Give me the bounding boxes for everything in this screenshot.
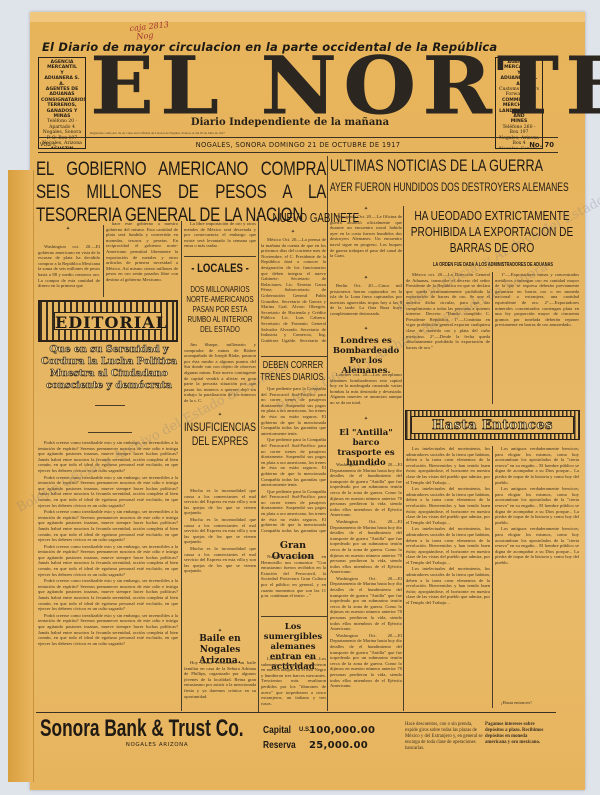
article-baile: Hoy tendrá verificativo un baile familia…	[184, 660, 256, 710]
deck-aduanas: LA ORDEN FUE DADA A LOS ADMINISTRADORES …	[405, 262, 580, 269]
divider-star: ✦	[184, 412, 256, 418]
article-petrogrado: Petrogrado Oct. 20.—La Oficina de guerra…	[330, 214, 402, 276]
closing-line: ¡Hasta entonces!	[495, 700, 579, 710]
divider-star: ✦	[330, 275, 402, 281]
bank-ad-location: NOGALES ARIZONA	[112, 742, 202, 748]
headline-millonarios: DOS MILLONARIOS NORTE-AMERICANOS PASAN P…	[183, 284, 257, 334]
divider	[261, 616, 327, 617]
article-antilla: Washington Oct. 20.—El Departamento de M…	[330, 462, 402, 710]
headline-insuficiencias: INSUFICIENCIAS DEL EXPRES	[183, 420, 257, 448]
volume-label: VOL. I.	[40, 138, 56, 152]
torn-page-edge	[8, 170, 34, 782]
postal-registration: Registrado como Art. de 2a. clase en la …	[90, 131, 350, 135]
bank-ad-name: Sonora Bank & Trust Co.	[40, 715, 270, 743]
main-headline-right: ULTIMAS NOTICIAS DE LA GUERRA AYER FUERO…	[330, 156, 580, 196]
article-continuation: hace este gobierno a nuestro gobierno de…	[106, 221, 178, 297]
masthead-tagline: Diario Independiente de la mañana	[165, 117, 415, 128]
article-hasta-entonces-cont: Los antiguos verdaderamente heroicos; pa…	[495, 446, 579, 700]
ad-box-left: AGENCIA MERCANTILY ADUANERA S. A.AGENTES…	[38, 57, 86, 149]
column-rule	[492, 272, 493, 404]
headline-deben-correr: DEBEN CORRER TRENES DIARIOS.	[258, 360, 328, 384]
paper-top-edge	[30, 12, 585, 22]
article-import: La libre importación de oro y otros meta…	[184, 221, 256, 255]
column-rule	[403, 206, 404, 711]
article-washington: Washington oct. 20.—El gobierno american…	[38, 244, 100, 296]
divider-star: ✦	[330, 416, 402, 422]
article-londres: Londres oct. 20.—Los aeroplanos alemanes…	[330, 372, 402, 416]
divider	[95, 405, 125, 406]
column-rule	[492, 446, 493, 708]
bank-ad-deposits: Pagamos intereses sobre depósitos a plaz…	[485, 722, 550, 746]
divider	[88, 432, 132, 433]
column-rule	[103, 225, 104, 297]
article-sumergibles: Londres, Oct. 20.—Los submarinos alemane…	[261, 656, 326, 710]
column-rule	[181, 221, 182, 711]
dateline-bar: VOL. I. NOGALES, SONORA DOMINGO 21 DE OC…	[38, 137, 558, 153]
hasta-entonces-banner: Hasta Entonces	[405, 410, 580, 440]
divider-star: ✦	[38, 226, 98, 232]
headline-nuevo-gabinete: NUEVO GABINETE	[258, 210, 328, 226]
article-berlin: Berlin Oct. 20.—Cinco mil prisioneros fu…	[330, 283, 402, 325]
issue-number: No. 70	[529, 138, 554, 152]
section-locales: - LOCALES -	[183, 261, 257, 275]
right-deck-headline: HA UEODADO EXTRICTAMENTE PROHIBIDA LA EX…	[405, 208, 580, 256]
editorial-title: Que en su Serenidad y Cordura la Lucha P…	[38, 344, 180, 392]
divider-star: ✦	[330, 206, 402, 212]
masthead-title: EL NORTE	[90, 52, 490, 120]
article-gabinete: México Oct. 20.—La prensa de la mañana d…	[261, 237, 326, 343]
bank-ad-capital: CapitalU.S.100,000.00 Reserva25,000.00	[263, 723, 403, 753]
article-expres: Mucha es la incomodidad que causa a los …	[184, 488, 256, 588]
article-millonarios: Jim Sharpe, millonario y comprador de mi…	[184, 342, 256, 412]
editorial-body: Podrá creerse como irrealizable esto y s…	[38, 440, 178, 710]
bank-ad-services: Hace descuentos, con o sin prenda, expid…	[405, 722, 485, 752]
divider	[184, 256, 256, 257]
bank-ad-rule	[36, 712, 556, 713]
editorial-banner: EDITORIAL	[38, 300, 178, 342]
article-hasta-entonces: Los intelectuales del movimiento, los ad…	[406, 446, 490, 708]
article-aduanas: México oct. 20.—La Dirección General de …	[406, 272, 490, 404]
article-trenes: Que pediente para la Compañía del Ferroc…	[261, 386, 326, 534]
divider-star: ✦	[330, 326, 402, 332]
date-place: NOGALES, SONORA DOMINGO 21 DE OCTUBRE DE…	[148, 138, 448, 152]
divider-star: ✦	[260, 229, 326, 235]
article-ovacion: Nuestro corresponsal en Hermosillo nos c…	[261, 554, 326, 614]
article-aduanas-cont: 1°.—Exportadores minas y concentrados me…	[495, 272, 579, 404]
divider	[261, 356, 327, 357]
headline-londres: Londres es Bombardeado Por los Alemanes.	[330, 336, 402, 376]
